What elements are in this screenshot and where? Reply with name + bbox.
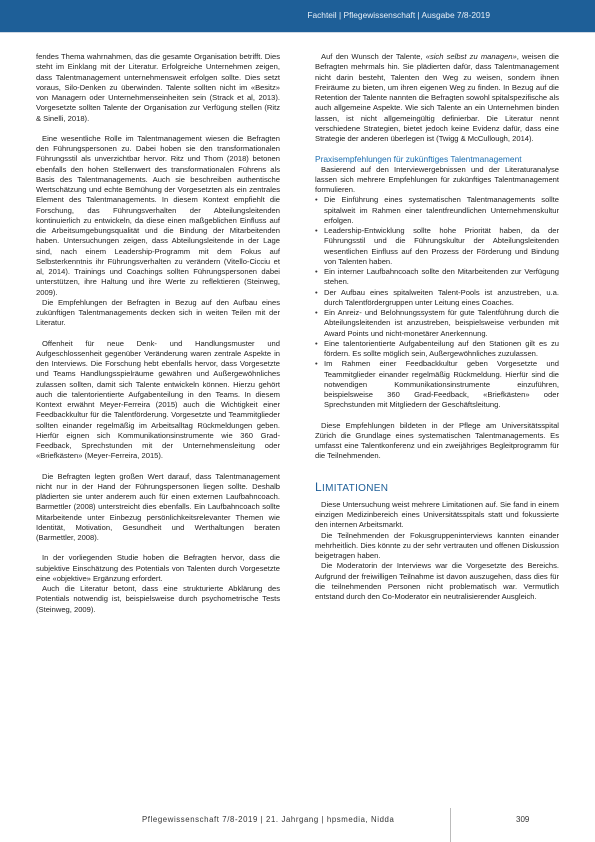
page-number: 309 — [516, 815, 529, 824]
header-divider — [0, 32, 595, 33]
paragraph: Offenheit für neue Denk- und Handlungsmu… — [36, 339, 280, 462]
recommendations-intro: Basierend auf den Interviewergebnissen u… — [315, 165, 559, 196]
right-column: Auf den Wunsch der Talente, «sich selbst… — [315, 52, 559, 602]
paragraph: Diese Untersuchung weist mehrere Limitat… — [315, 500, 559, 531]
list-item: Eine talentorientierte Aufgabenteilung a… — [315, 339, 559, 360]
paragraph: Die Teilnehmenden der Fokusgruppeninterv… — [315, 531, 559, 562]
paragraph: In der vorliegenden Studie hoben die Bef… — [36, 553, 280, 584]
quote: «sich selbst zu managen» — [426, 52, 517, 61]
paragraph: Die Moderatorin der Interviews war die V… — [315, 561, 559, 602]
running-title: Fachteil | Pflegewissenschaft | Ausgabe … — [307, 10, 490, 20]
closing-paragraph: Diese Empfehlungen bildeten in der Pfleg… — [315, 421, 559, 462]
list-item: Ein interner Laufbahncoach sollte den Mi… — [315, 267, 559, 288]
paragraph: Die Befragten legten großen Wert darauf,… — [36, 472, 280, 544]
subheading: Praxisempfehlungen für zukünftiges Talen… — [315, 154, 559, 164]
recommendations-list: Die Einführung eines systematischen Tale… — [315, 195, 559, 410]
footer-divider — [450, 808, 451, 842]
list-item: Der Aufbau eines spitalweiten Talent-Poo… — [315, 288, 559, 309]
paragraph: fendes Thema wahrnahmen, das die gesamte… — [36, 52, 280, 124]
list-item: Leadership-Entwicklung sollte hohe Prior… — [315, 226, 559, 267]
left-column: fendes Thema wahrnahmen, das die gesamte… — [36, 52, 280, 615]
paragraph: Die Empfehlungen der Befragten in Bezug … — [36, 298, 280, 329]
paragraph: Eine wesentliche Rolle im Talentmanageme… — [36, 134, 280, 298]
list-item: Im Rahmen einer Feedbackkultur geben Vor… — [315, 359, 559, 410]
section-title-limitations: LIMITATIONEN — [315, 482, 559, 494]
intro-paragraph: Auf den Wunsch der Talente, «sich selbst… — [315, 52, 559, 144]
header-bar: Fachteil | Pflegewissenschaft | Ausgabe … — [0, 0, 595, 32]
list-item: Die Einführung eines systematischen Tale… — [315, 195, 559, 226]
list-item: Ein Anreiz- und Belohnungssystem für gut… — [315, 308, 559, 339]
footer-journal-info: Pflegewissenschaft 7/8-2019 | 21. Jahrga… — [142, 815, 394, 824]
paragraph: Auch die Literatur betont, dass eine str… — [36, 584, 280, 615]
